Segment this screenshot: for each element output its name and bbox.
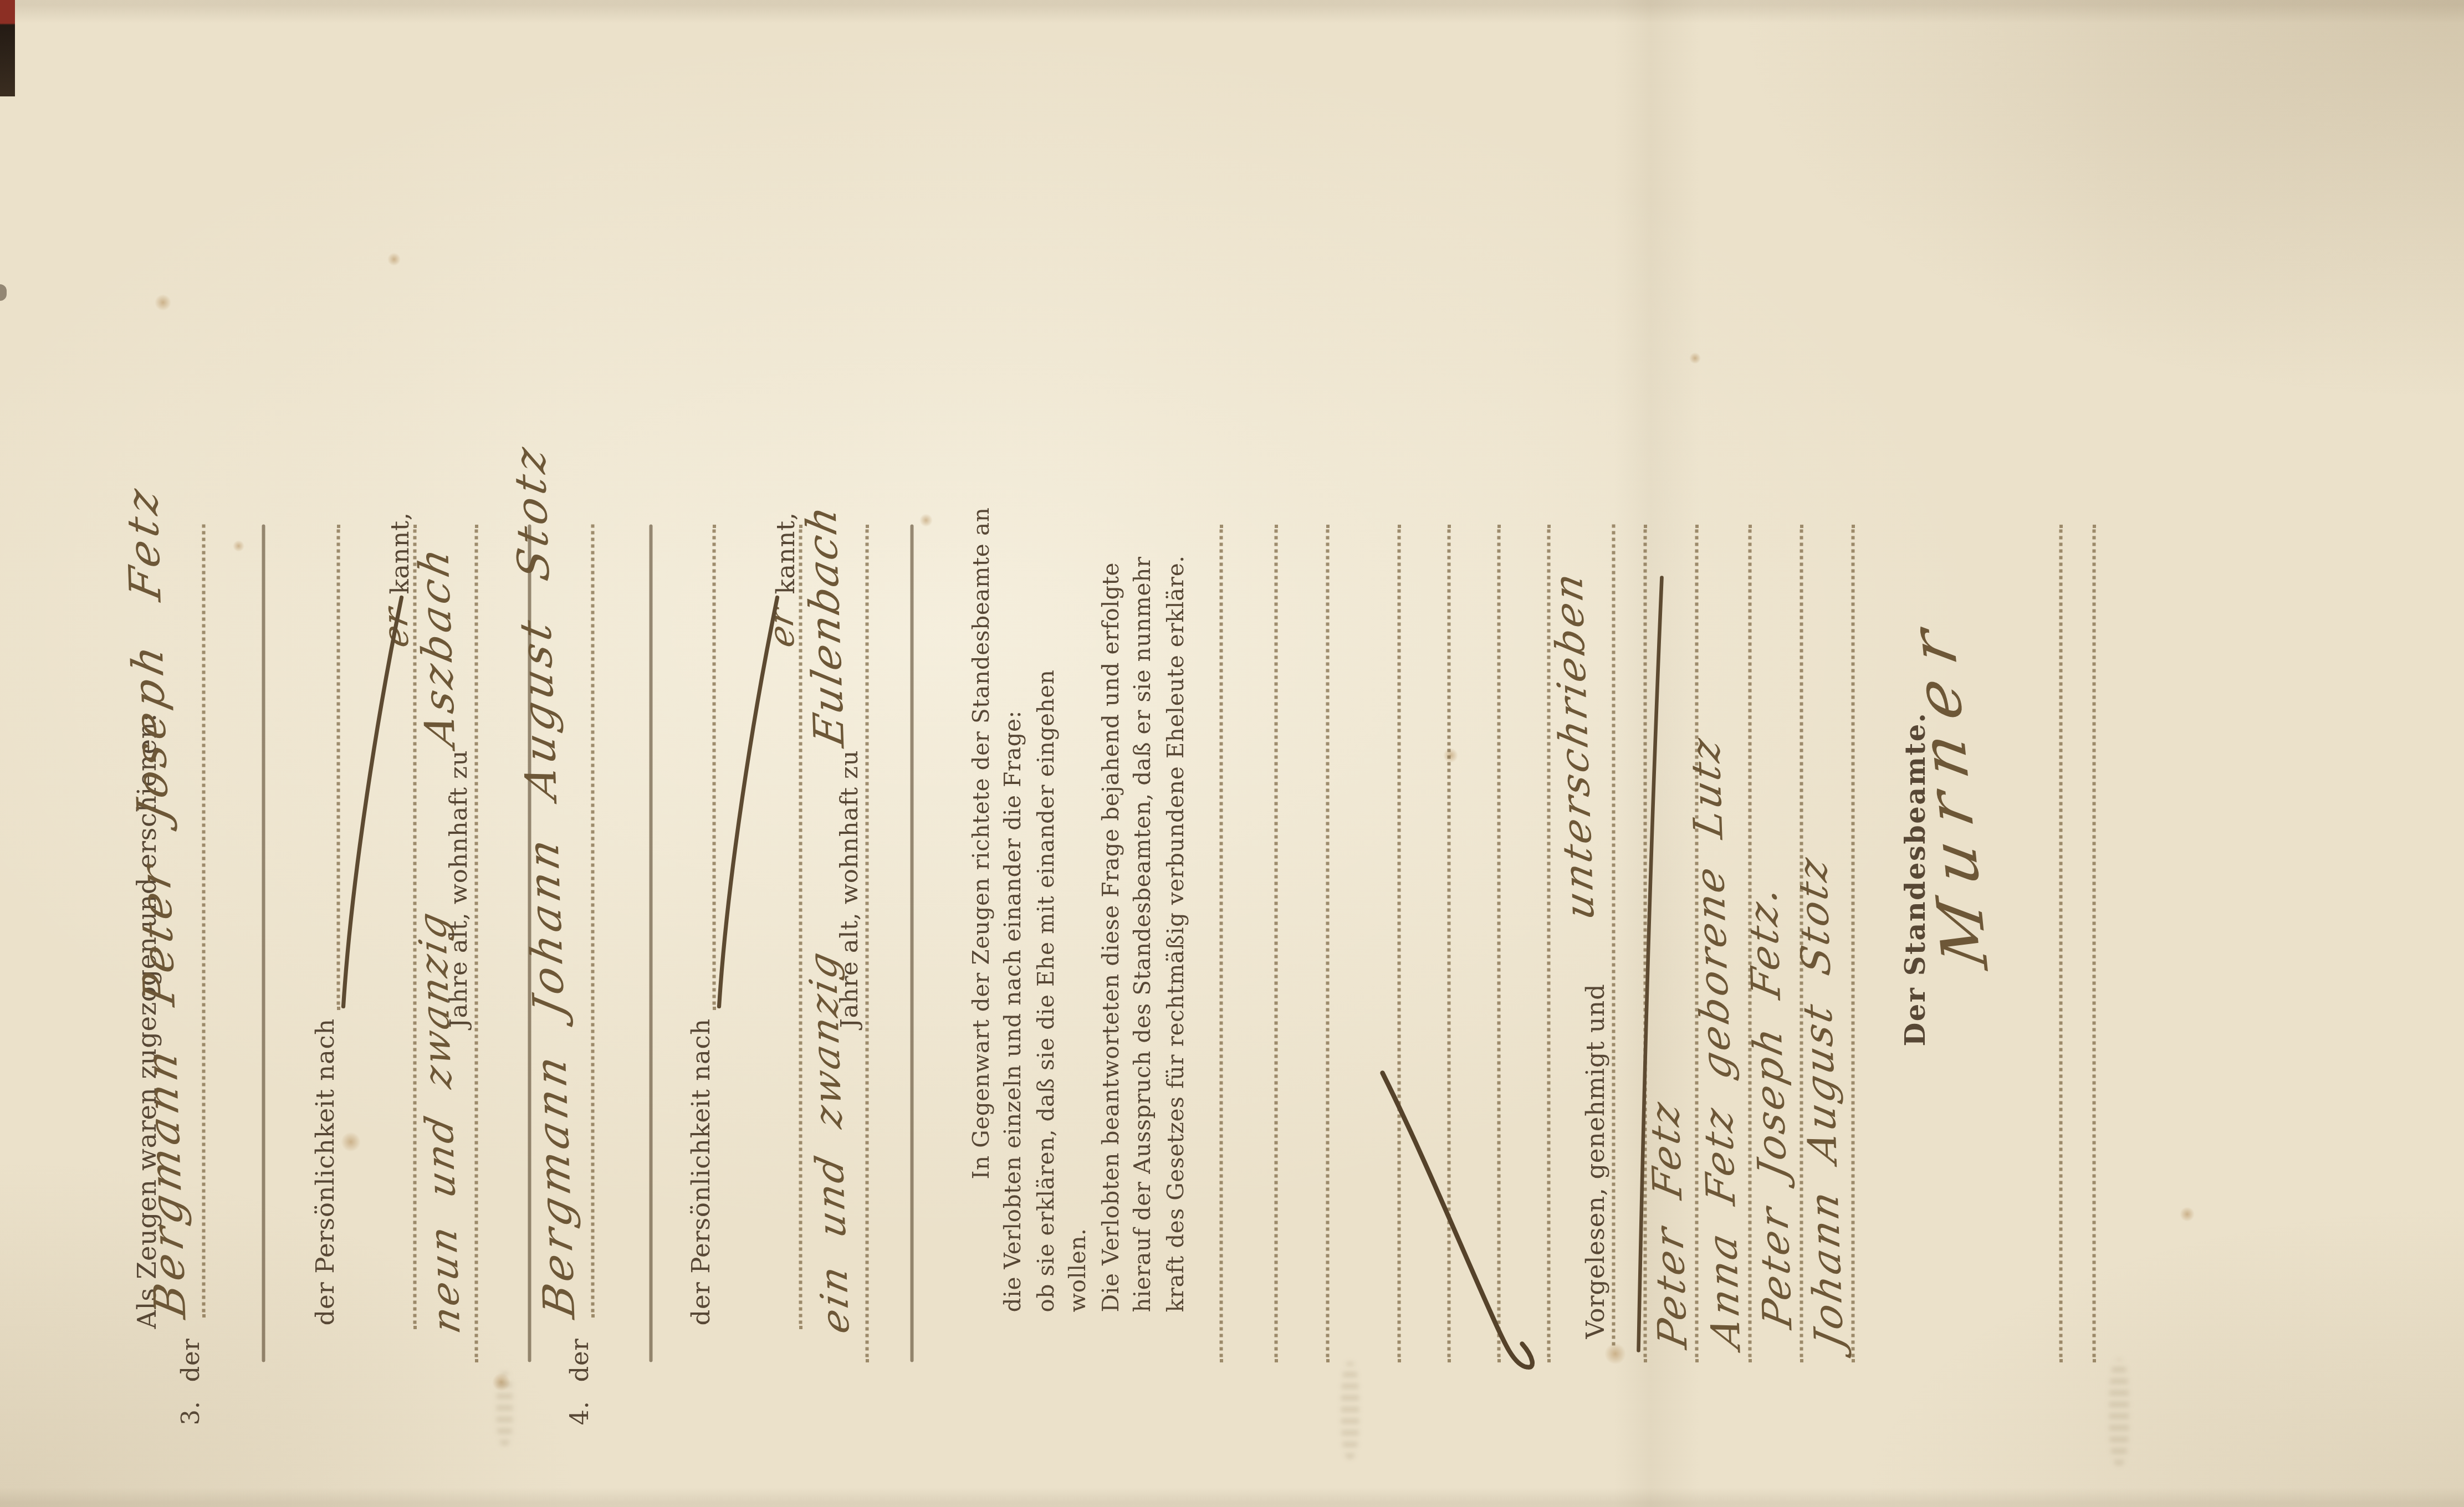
ruled-line (1397, 524, 1400, 1361)
ruled-line (2092, 524, 2095, 1361)
witness4-age-label: Jahre alt, wohnhaft zu (836, 749, 863, 1027)
ruled-line (712, 524, 715, 1009)
ruled-line (1643, 524, 1646, 1361)
witness4-article: der (564, 1337, 594, 1381)
witness4-number: 4. (564, 1400, 594, 1424)
ruled-line (336, 524, 339, 1009)
ruled-line (1219, 524, 1222, 1361)
ruled-line (1446, 524, 1450, 1361)
ruled-line (648, 524, 652, 1361)
ruled-line (201, 524, 205, 1316)
ruled-line (1850, 524, 1854, 1361)
witness3-article: der (175, 1337, 205, 1381)
bleed-through-smudge (2108, 1358, 2128, 1464)
paper-sheet: Als Zeugen waren zugezogen und erschiene… (0, 0, 2464, 1507)
witness3-age-label: Jahre alt, wohnhaft zu (446, 749, 472, 1027)
witness3-number: 3. (175, 1400, 205, 1424)
closing-printed: Vorgelesen, genehmigt und (1579, 983, 1609, 1338)
witness3-identity-label: der Persönlichkeit nach (309, 1018, 339, 1325)
declaration-line: Die Verlobten beantworteten diese Frage … (1097, 561, 1124, 1311)
signature-line: Peter Fetz (1641, 1095, 1696, 1351)
ruled-line (1496, 524, 1500, 1361)
declaration-line: In Gegenwart der Zeugen richtete der Sta… (968, 506, 994, 1178)
ruled-line (1274, 524, 1277, 1361)
bleed-through-smudge (495, 1371, 512, 1444)
witness4-residence-handwriting: Eulenbach (796, 499, 853, 750)
ruled-line (474, 524, 477, 1361)
witness4-identity-handwriting: er (760, 604, 801, 650)
ruled-line (2058, 524, 2062, 1361)
ruled-line (590, 524, 594, 1316)
witness4-identity-suffix: kannt, (770, 511, 800, 593)
witness4-name-handwriting: Bergmann Johann August Stotz (505, 438, 585, 1321)
witness4-identity-label: der Persönlichkeit nach (685, 1018, 715, 1325)
declaration-line: kraft des Gesetzes für rechtmäßig verbun… (1162, 555, 1189, 1311)
ruled-line (865, 524, 868, 1361)
witness3-identity-handwriting: er (375, 604, 416, 650)
declaration-line: ob sie erklären, daß sie die Ehe mit ein… (1032, 669, 1059, 1311)
ruled-line (909, 524, 913, 1361)
closing-handwriting: unterschrieben (1544, 566, 1603, 922)
witness3-name-handwriting: Bergmann Peter Joseph Fetz (117, 479, 196, 1321)
form-content-rotated: Als Zeugen waren zugezogen und erschiene… (0, 0, 2464, 1507)
declaration-line: hierauf der Ausspruch des Standesbeamten… (1129, 556, 1156, 1311)
declaration-line: wollen. (1064, 1227, 1091, 1311)
scanned-register-page: Als Zeugen waren zugezogen und erschiene… (0, 0, 2464, 1507)
bleed-through-smudge (1340, 1361, 1358, 1458)
witness3-residence-handwriting: Aszbach (409, 540, 464, 750)
ruled-line (261, 524, 264, 1361)
ruled-line (1611, 524, 1614, 1345)
declaration-line: die Verlobten einzeln und nach einander … (999, 710, 1026, 1311)
ruled-line (1325, 524, 1328, 1361)
